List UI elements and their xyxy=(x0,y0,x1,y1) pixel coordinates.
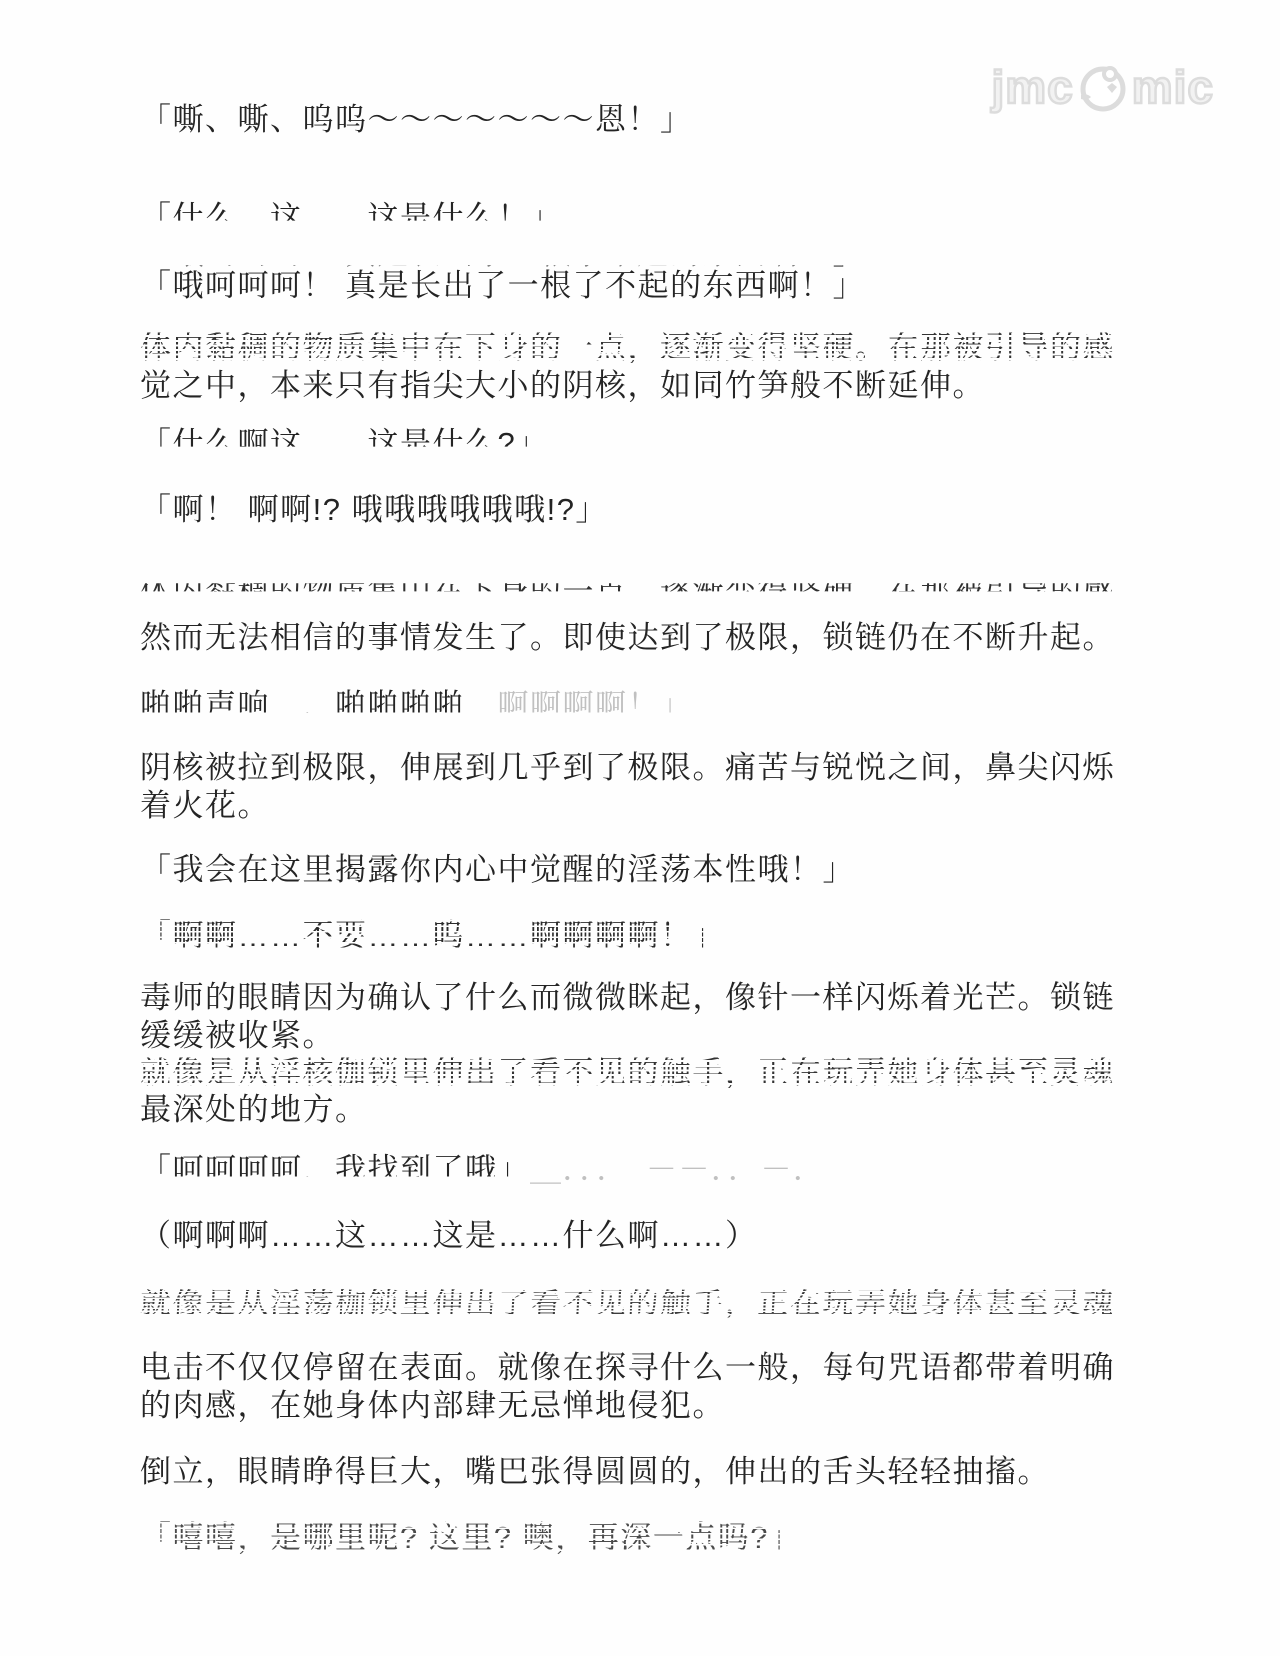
sfx-text: 啪啪声响…，啪啪啪啪 xyxy=(140,688,465,723)
narration-line: 然而无法相信的事情发生了。即使达到了极限，锁链仍在不断升起。 xyxy=(140,618,1115,658)
thought-line: （啊啊啊……这……这是……什么啊……） xyxy=(140,1216,758,1256)
sfx-text-faded: 啊啊啊啊！」 xyxy=(465,688,693,723)
dialogue-line-glitched: 「啊啊……不要……呜……啊啊啊啊！」 xyxy=(140,916,725,956)
narration-line: 的肉感，在她身体内部肆无忌惮地侵犯。 xyxy=(140,1386,725,1426)
narration-line: 着火花。 xyxy=(140,786,270,826)
jmcomic-watermark: jmc mic xyxy=(991,60,1214,114)
bird-logo-icon xyxy=(1077,61,1129,113)
dialogue-line: 「啊！ 啊啊!? 哦哦哦哦哦哦!?」 xyxy=(140,490,608,530)
narration-line: 毒师的眼睛因为确认了什么而微微眯起，像针一样闪烁着光芒。锁链 xyxy=(140,978,1115,1018)
sfx-line-glitched: 啪啪声响…，啪啪啪啪 啊啊啊啊！」 xyxy=(140,686,693,726)
narration-line: 阴核被拉到极限，伸展到几乎到了极限。痛苦与锐悦之间，鼻尖闪烁 xyxy=(140,748,1115,788)
dialogue-line: 「嘶、嘶、呜呜～～～～～～～恩！」 xyxy=(140,100,693,140)
watermark-text-right: mic xyxy=(1132,60,1214,114)
narration-line-glitched: 体内黏稠的物质集中在下身的一点，逐渐变得坚硬，在那被引导的感 xyxy=(140,572,1115,612)
narration-line: 电击不仅仅停留在表面。就像在探寻什么一般，每句咒语都带着明确 xyxy=(140,1348,1115,1388)
dialogue-line: 「哦呵呵呵！ 真是长出了一根了不起的东西啊！」 xyxy=(140,266,865,306)
dialogue-line: 「我会在这里揭露你内心中觉醒的淫荡本性哦！」 xyxy=(140,850,855,890)
glitch-tail: ＿．．． －－．．－． xyxy=(530,1152,826,1187)
watermark-text-left: jmc xyxy=(991,60,1073,114)
dialogue-line-glitched: 「什么啊这……这是什么?」 xyxy=(140,424,549,464)
dialogue-line-glitched: 「嘻嘻，是哪里呢? 这里? 噢，再深一点吗?」 xyxy=(140,1518,801,1558)
novel-text-page: jmc mic 「嘶、嘶、呜呜～～～～～～～恩！」 「什么，这……这是什么！」 … xyxy=(0,0,1280,1656)
narration-line: 倒立，眼睛睁得巨大，嘴巴张得圆圆的，伸出的舌头轻轻抽搐。 xyxy=(140,1452,1050,1492)
dialogue-line-glitched: 「什么，这……这是什么！」 xyxy=(140,198,563,238)
narration-line-glitched: 体内黏稠的物质集中在下身的一点，逐渐变得坚硬。在那被引导的感 xyxy=(140,328,1115,368)
narration-line-glitched: 就像是从淫核伽锁里伸出了看不见的触手，正在玩弄她身体甚至灵魂 xyxy=(140,1053,1115,1093)
dialogue-line-glitched: 「呵呵呵呵，我找到了哦」＿．．． －－．．－． xyxy=(140,1150,826,1190)
narration-line: 缓缓被收紧。 xyxy=(140,1016,335,1056)
dialogue-text: 「呵呵呵呵，我找到了哦」 xyxy=(140,1152,530,1187)
narration-line-glitched: 就像是从淫荡枷锁里伸出了看不见的触手，正在玩弄她身体甚至灵魂 xyxy=(139,1286,1116,1323)
narration-line: 最深处的地方。 xyxy=(140,1090,368,1130)
narration-line: 觉之中，本来只有指尖大小的阴核，如同竹笋般不断延伸。 xyxy=(140,366,985,406)
